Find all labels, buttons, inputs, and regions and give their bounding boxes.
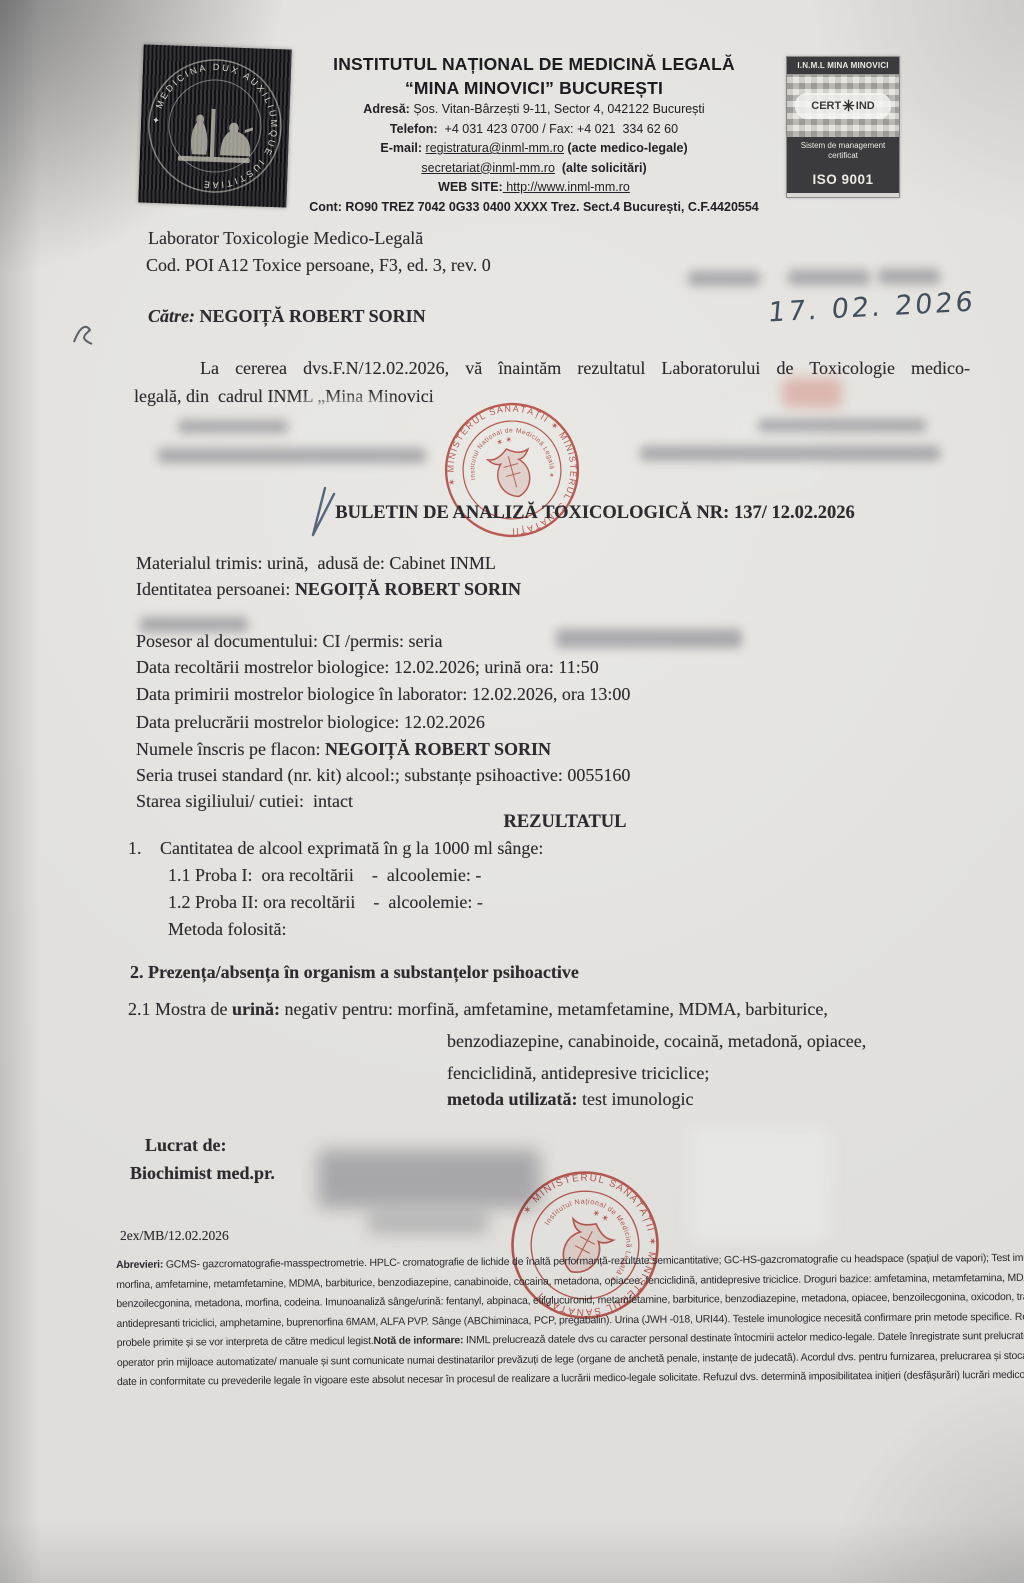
document-series-redacted	[556, 629, 742, 648]
identity-line: Identitatea persoanei: NEGOIȚĂ ROBERT SO…	[136, 579, 521, 600]
red-ink-smudge	[782, 378, 842, 408]
vial-name-line: Numele înscris pe flacon: NEGOIȚĂ ROBERT…	[136, 739, 551, 760]
fineprint-text: date in conformitate cu prevederile lega…	[117, 1369, 1024, 1388]
fineprint-bold-label: Abrevieri:	[116, 1259, 163, 1271]
urine-bold: urină:	[232, 999, 280, 1019]
signature-redacted	[368, 1212, 488, 1234]
biochemist-label: Biochimist med.pr.	[130, 1163, 275, 1184]
redacted-strip	[140, 617, 248, 632]
addressee-name: NEGOIȚĂ ROBERT SORIN	[195, 306, 426, 326]
website-label: WEB SITE:	[438, 180, 503, 194]
item1-sub1: 1.1 Proba I: ora recoltării - alcoolemie…	[168, 865, 481, 886]
identity-name: NEGOIȚĂ ROBERT SORIN	[295, 579, 521, 599]
item1-number: 1.	[128, 838, 142, 859]
urine-prefix: 2.1 Mostra de	[128, 999, 232, 1019]
signature-redacted	[318, 1150, 540, 1208]
redacted-patch	[298, 402, 394, 478]
badge-subtitle: Sistem de management certificat	[787, 137, 899, 167]
urine-rest: negativ pentru: morfină, amfetamine, met…	[280, 999, 828, 1019]
phone-label: Telefon:	[390, 122, 438, 136]
document-holder-line: Posesor al documentului: CI /permis: ser…	[136, 631, 442, 652]
certind-ind-text: IND	[856, 100, 875, 112]
identity-label: Identitatea persoanei:	[136, 579, 295, 599]
email2-address: secretariat@inml-mm.ro	[421, 161, 555, 175]
processing-date-line: Data prelucrării mostrelor biologice: 12…	[136, 712, 485, 733]
iso-certification-badge: I.N.M.L MINA MINOVICI CERT ✳ IND Sistem …	[786, 56, 900, 198]
address-value: Șos. Vitan-Bârzești 9-11, Sector 4, 0421…	[410, 102, 705, 116]
result-heading: REZULTATUL	[165, 812, 965, 833]
redacted-patch	[690, 1128, 830, 1240]
account-label: Cont:	[309, 200, 342, 214]
address-label: Adresă:	[363, 102, 410, 116]
email1-address: registratura@inml-mm.ro	[426, 141, 564, 155]
certind-mosaic: CERT ✳ IND	[787, 75, 899, 137]
fineprint: Abrevieri: GCMS- gazcromatografie-masspe…	[116, 1248, 1024, 1392]
scanned-document-page: { "header": { "line1": "INSTITUTUL NAȚIO…	[0, 0, 1024, 1583]
registration-number-redacted	[688, 271, 760, 286]
urine-sample-line: 2.1 Mostra de urină: negativ pentru: mor…	[128, 999, 828, 1020]
reception-date-line: Data primirii mostrelor biologice în lab…	[136, 684, 630, 705]
signer-left-redacted	[158, 448, 426, 463]
bulletin-title: BULETIN DE ANALIZĂ TOXICOLOGICĂ NR: 137/…	[165, 503, 1024, 524]
registration-number-redacted	[788, 270, 870, 285]
website-url: http://www.inml-mm.ro	[503, 180, 630, 194]
iso-9001-label: ISO 9001	[787, 167, 899, 193]
emblem-figures	[178, 108, 254, 164]
copies-note: 2ex/MB/12.02.2026	[120, 1228, 229, 1244]
ministry-stamp-icon: ✶ MINISTERUL SĂNĂTĂȚII ✶ MINISTERUL SĂNĂ…	[414, 372, 610, 568]
badge-subtitle-line2: certificat	[787, 151, 899, 161]
item1-sub2: 1.2 Proba II: ora recoltării - alcoolemi…	[168, 892, 483, 913]
urine-cont1: benzodiazepine, canabinoide, cocaină, me…	[447, 1031, 866, 1052]
method-used-value: test imunologic	[577, 1089, 693, 1109]
worked-by-label: Lucrat de:	[145, 1135, 226, 1156]
method-used-line: metoda utilizată: test imunologic	[447, 1089, 693, 1110]
header-account: Cont: RO90 TREZ 7042 0G33 0400 XXXX Trez…	[274, 198, 794, 218]
handwritten-date: 17. 02. 2026	[767, 286, 977, 328]
material-line: Materialul trimis: urină, adusă de: Cabi…	[136, 553, 496, 574]
email-label: E-mail:	[380, 141, 422, 155]
header-phone: Telefon: +4 031 423 0700 / Fax: +4 021 3…	[288, 120, 780, 140]
email2-note: (alte solicitări)	[555, 161, 647, 175]
institute-name-line2: “MINA MINOVICI” BUCUREȘTI	[288, 76, 780, 100]
institute-header: INSTITUTUL NAȚIONAL DE MEDICINĂ LEGALĂ “…	[288, 52, 780, 217]
fineprint-text: benzoilecgonina, metadona, morfina, code…	[116, 1290, 1024, 1310]
vial-label: Numele înscris pe flacon:	[136, 739, 325, 759]
badge-title: I.N.M.L MINA MINOVICI	[787, 57, 899, 75]
addressee-line: Către: NEGOIȚĂ ROBERT SORIN	[148, 306, 426, 327]
lab-name: Laborator Toxicologie Medico-Legală	[148, 228, 423, 249]
header-website: WEB SITE: http://www.inml-mm.ro	[288, 178, 780, 198]
emblem-seal-icon: ✦ MEDICINA DUX AUXILIUMQUE IUSTITIAE	[138, 44, 291, 207]
addressee-label: Către:	[148, 306, 195, 326]
phone-value: +4 031 423 0700 / Fax: +4 021 334 62 60	[438, 122, 678, 136]
fineprint-text: INML prelucrează datele dvs cu caracter …	[463, 1330, 1024, 1347]
institute-emblem-seal: ✦ MEDICINA DUX AUXILIUMQUE IUSTITIAE	[138, 44, 291, 207]
redacted-patch	[728, 402, 820, 484]
certind-logo: CERT ✳ IND	[795, 93, 891, 119]
registration-number-redacted	[878, 269, 940, 284]
method-used-label: metoda utilizată:	[447, 1089, 577, 1109]
account-value: RO90 TREZ 7042 0G33 0400 XXXX Trez. Sect…	[342, 200, 759, 214]
header-email2: secretariat@inml-mm.ro (alte solicitări)	[288, 159, 780, 179]
section2-heading: 2. Prezența/absența în organism a substa…	[130, 962, 579, 983]
certind-cert-text: CERT	[811, 100, 841, 112]
institute-name-line1: INSTITUTUL NAȚIONAL DE MEDICINĂ LEGALĂ	[288, 52, 780, 76]
signer-right-redacted	[640, 446, 940, 461]
urine-cont2: fenciclidină, antidepresive triciclice;	[447, 1063, 709, 1084]
kit-series-line: Seria trusei standard (nr. kit) alcool:;…	[136, 765, 630, 786]
vial-name: NEGOIȚĂ ROBERT SORIN	[325, 739, 551, 759]
fineprint-text: GCMS- gazcromatografie-masspectrometrie.…	[163, 1251, 1024, 1270]
fineprint-bold-label: Notă de informare:	[373, 1334, 463, 1347]
signer-left-redacted	[178, 420, 288, 433]
seal-state-line: Starea sigiliului/ cutiei: intact	[136, 791, 353, 812]
fineprint-text: probele primite și se vor interpreta de …	[117, 1335, 374, 1349]
badge-subtitle-line1: Sistem de management	[787, 141, 899, 151]
email1-note: (acte medico-legale)	[564, 141, 688, 155]
signer-right-redacted	[758, 419, 926, 432]
header-address: Adresă: Șos. Vitan-Bârzești 9-11, Sector…	[288, 100, 780, 120]
collection-date-line: Data recoltării mostrelor biologice: 12.…	[136, 657, 599, 678]
item1-method: Metoda folosită:	[168, 919, 286, 940]
pen-scribble-mark	[68, 318, 102, 352]
red-round-stamp: ✶ MINISTERUL SĂNĂTĂȚII ✶ MINISTERUL SĂNĂ…	[414, 372, 610, 568]
pinwheel-star-icon: ✳	[842, 97, 855, 115]
lab-code: Cod. POI A12 Toxice persoane, F3, ed. 3,…	[146, 255, 491, 276]
header-email1: E-mail: registratura@inml-mm.ro (acte me…	[288, 139, 780, 159]
item1-text: Cantitatea de alcool exprimată în g la 1…	[160, 838, 543, 859]
